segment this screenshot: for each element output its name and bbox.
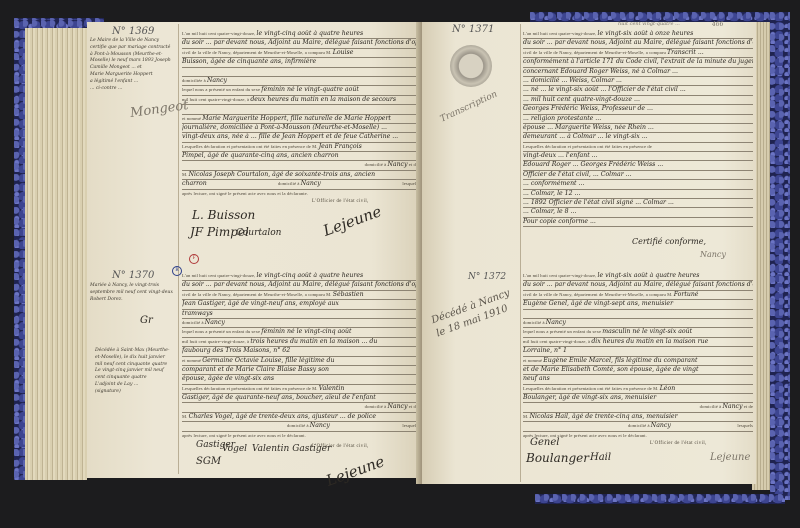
- city-seal-icon: [450, 45, 492, 87]
- signature-witness-2: Courtalon: [236, 228, 281, 238]
- transcription-entry-1371: L'an mil huit cent quatre-vingt-douze, l…: [523, 30, 753, 227]
- signature-witness-1: Boulanger: [526, 451, 589, 465]
- birth-entry-1372: L'an mil huit cent quatre-vingt-douze, l…: [523, 272, 753, 440]
- entry-number: N° 1372: [468, 272, 506, 282]
- book-cover-right: [770, 12, 790, 500]
- stamp-r: R: [172, 266, 182, 276]
- left-page-margin-rule: [178, 24, 179, 474]
- officer-signature: Nancy: [700, 250, 726, 259]
- signature-declarant: L. Buisson: [192, 208, 255, 222]
- signature-mother: SGM: [196, 456, 221, 467]
- right-page-margin-rule: [520, 24, 521, 482]
- book-cover-bottom: [535, 494, 785, 504]
- signature-declarant: Genel: [530, 437, 559, 448]
- officer-label: L'Officier de l'état civil,: [312, 199, 369, 204]
- margin-annotation-death: Décédée à Saint-Max (Meurthe- et-Moselle…: [95, 348, 179, 396]
- entry-number: N° 1369: [112, 26, 154, 37]
- header-note: huit cent vingt-quatre ...: [618, 21, 680, 27]
- officer-signature: Lejeune: [710, 452, 750, 463]
- entry-number: N° 1371: [452, 24, 494, 35]
- birth-entry-1369: L'an mil huit cent quatre-vingt-douze, l…: [182, 30, 418, 198]
- stamp-f: F: [189, 254, 199, 264]
- page-stack-left: [25, 28, 87, 480]
- folio-number: 466: [712, 21, 723, 28]
- margin-annotation: Le Maire de la Ville de Nancy certifie q…: [90, 38, 176, 92]
- birth-entry-1370: L'an mil huit cent quatre-vingt-douze, l…: [182, 272, 418, 440]
- margin-initials: Gr: [140, 315, 153, 326]
- officer-label: L'Officier de l'état civil,: [650, 441, 707, 446]
- signature-witness-2: Hail: [590, 452, 611, 463]
- entry-line: L'an mil huit cent quatre-vingt-douze, l…: [182, 30, 418, 39]
- entry-number: N° 1370: [112, 270, 154, 281]
- margin-annotation-marriage: Mariée à Nancy, le vingt-trois septembre…: [90, 283, 176, 303]
- signature-witness-2: Vogel: [222, 444, 247, 454]
- certification-text: Certifié conforme,: [632, 237, 706, 246]
- signature-witness-1: Valentin Gastiger: [252, 444, 331, 454]
